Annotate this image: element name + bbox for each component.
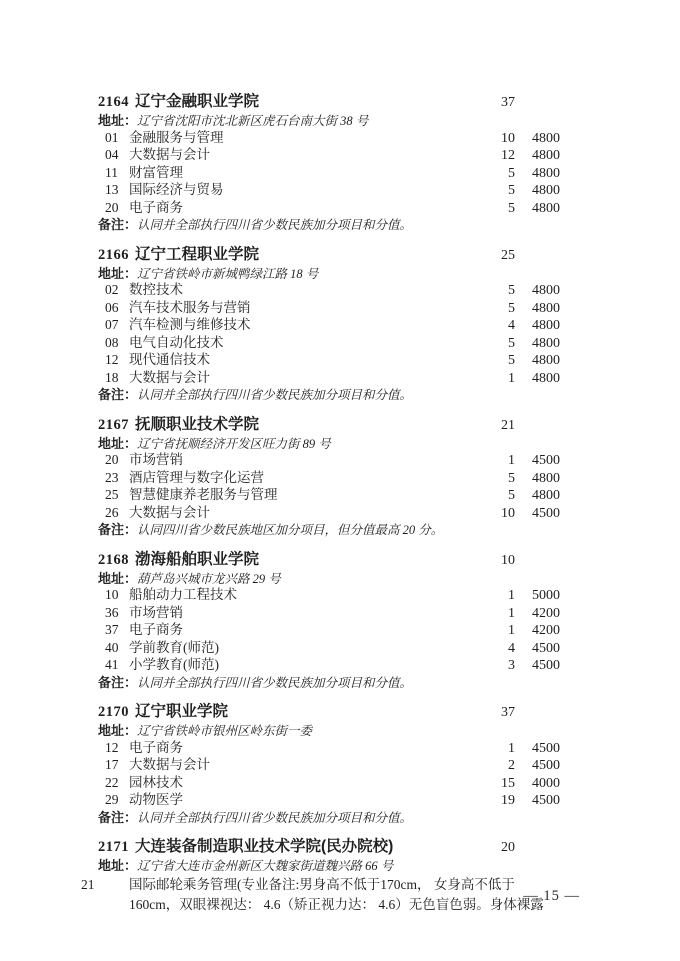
- major-code: 01: [105, 130, 129, 147]
- major-name: 现代通信技术: [129, 352, 210, 367]
- major-code: 29: [105, 792, 129, 809]
- major-tuition: 4200: [515, 623, 560, 640]
- note-line: 备注：认同并全部执行四川省少数民族加分项目和分值。: [98, 217, 560, 234]
- major-row: 25智慧健康养老服务与管理54800: [98, 487, 560, 505]
- college-name: 抚顺职业技术学院: [135, 416, 259, 433]
- note-label: 备注：: [98, 217, 137, 232]
- address-line: 地址：葫芦岛兴城市龙兴路 29 号: [98, 571, 560, 588]
- college-plan-total: 10: [479, 551, 515, 571]
- major-name: 学前教育(师范): [129, 640, 219, 655]
- college-header: 2168渤海船舶职业学院10: [98, 550, 560, 571]
- major-tuition: 4500: [515, 793, 560, 810]
- major-plan-count: 5: [479, 166, 515, 183]
- major-tuition: 4800: [515, 283, 560, 300]
- college-header: 2170辽宁职业学院37: [98, 702, 560, 723]
- college-block: 2164辽宁金融职业学院37地址：辽宁省沈阳市沈北新区虎石台南大街 38 号01…: [98, 92, 560, 234]
- major-code: 40: [105, 640, 129, 657]
- major-row: 26大数据与会计104500: [98, 505, 560, 523]
- college-name: 辽宁工程职业学院: [135, 246, 259, 263]
- college-block: 2166辽宁工程职业学院25地址：辽宁省铁岭市新城鸭绿江路 18 号02数控技术…: [98, 245, 560, 404]
- major-code: 10: [105, 587, 129, 604]
- major-name: 汽车技术服务与营销: [129, 300, 251, 315]
- major-tuition: 4800: [515, 353, 560, 370]
- major-plan-count: 5: [479, 471, 515, 488]
- major-name: 大数据与会计: [129, 757, 210, 772]
- address-text: 辽宁省大连市金州新区大魏家街道魏兴路 66 号: [137, 859, 393, 873]
- major-title: 12现代通信技术: [98, 352, 479, 369]
- note-label: 备注：: [98, 810, 137, 825]
- major-code: 21: [105, 875, 129, 895]
- major-code: 26: [105, 505, 129, 522]
- major-code: 04: [105, 147, 129, 164]
- major-title: 18大数据与会计: [98, 370, 479, 387]
- college-title: 2170辽宁职业学院: [98, 702, 479, 722]
- major-row: 07汽车检测与维修技术44800: [98, 317, 560, 335]
- note-label: 备注：: [98, 675, 137, 690]
- major-plan-count: 15: [479, 776, 515, 793]
- major-code: 36: [105, 605, 129, 622]
- major-name: 财富管理: [129, 165, 183, 180]
- major-code: 20: [105, 452, 129, 469]
- major-plan-count: 4: [479, 318, 515, 335]
- major-code: 23: [105, 470, 129, 487]
- major-row: 12现代通信技术54800: [98, 352, 560, 370]
- note-text: 认同并全部执行四川省少数民族加分项目和分值。: [137, 388, 412, 402]
- major-tuition: 4500: [515, 506, 560, 523]
- note-text: 认同并全部执行四川省少数民族加分项目和分值。: [137, 676, 412, 690]
- major-row: 20市场营销14500: [98, 452, 560, 470]
- major-plan-count: 10: [479, 506, 515, 523]
- major-code: 25: [105, 487, 129, 504]
- major-name: 船舶动力工程技术: [129, 587, 237, 602]
- major-row: 37电子商务14200: [98, 622, 560, 640]
- major-plan-count: 5: [479, 488, 515, 505]
- note-label: 备注：: [98, 387, 137, 402]
- major-name: 智慧健康养老服务与管理: [129, 487, 278, 502]
- college-header: 2166辽宁工程职业学院25: [98, 245, 560, 266]
- college-block: 2168渤海船舶职业学院10地址：葫芦岛兴城市龙兴路 29 号10船舶动力工程技…: [98, 550, 560, 692]
- note-line: 备注：认同并全部执行四川省少数民族加分项目和分值。: [98, 387, 560, 404]
- address-text: 辽宁省沈阳市沈北新区虎石台南大街 38 号: [137, 114, 368, 128]
- major-name: 小学教育(师范): [129, 657, 219, 672]
- major-row: 20电子商务54800: [98, 200, 560, 218]
- major-name: 大数据与会计: [129, 147, 210, 162]
- note-label: 备注：: [98, 522, 137, 537]
- major-row: 36市场营销14200: [98, 605, 560, 623]
- address-label: 地址：: [98, 436, 137, 451]
- major-title: 10船舶动力工程技术: [98, 587, 479, 604]
- major-row: 01金融服务与管理104800: [98, 130, 560, 148]
- document-page: 2164辽宁金融职业学院37地址：辽宁省沈阳市沈北新区虎石台南大街 38 号01…: [0, 0, 680, 961]
- major-title: 41小学教育(师范): [98, 657, 479, 674]
- major-title: 02数控技术: [98, 282, 479, 299]
- major-row-wrapped: 21国际邮轮乘务管理(专业备注:男身高不低于170cm， 女身高不低于: [98, 875, 560, 895]
- major-code: 13: [105, 182, 129, 199]
- major-plan-count: 1: [479, 588, 515, 605]
- major-title: 13国际经济与贸易: [98, 182, 479, 199]
- major-name: 数控技术: [129, 282, 183, 297]
- major-title: 04大数据与会计: [98, 147, 479, 164]
- major-row: 06汽车技术服务与营销54800: [98, 300, 560, 318]
- major-tuition: 4000: [515, 776, 560, 793]
- major-tuition: 4800: [515, 301, 560, 318]
- major-code: 37: [105, 622, 129, 639]
- major-plan-count: 10: [479, 131, 515, 148]
- note-line: 备注：认同四川省少数民族地区加分项目，但分值最高 20 分。: [98, 522, 560, 539]
- major-code: 22: [105, 775, 129, 792]
- major-row: 23酒店管理与数字化运营54800: [98, 470, 560, 488]
- major-tuition: 4500: [515, 641, 560, 658]
- college-name: 大连装备制造职业技术学院(民办院校): [135, 838, 393, 855]
- major-title: 17大数据与会计: [98, 757, 479, 774]
- major-name: 大数据与会计: [129, 370, 210, 385]
- major-plan-count: 1: [479, 606, 515, 623]
- major-title: 06汽车技术服务与营销: [98, 300, 479, 317]
- major-tuition: 4800: [515, 371, 560, 388]
- major-plan-count: 1: [479, 741, 515, 758]
- address-line: 地址：辽宁省铁岭市新城鸭绿江路 18 号: [98, 266, 560, 283]
- note-line: 备注：认同并全部执行四川省少数民族加分项目和分值。: [98, 675, 560, 692]
- college-plan-total: 25: [479, 246, 515, 266]
- major-title: 12电子商务: [98, 740, 479, 757]
- major-title: 37电子商务: [98, 622, 479, 639]
- address-line: 地址：辽宁省抚顺经济开发区旺力街 89 号: [98, 436, 560, 453]
- address-line: 地址：辽宁省铁岭市银州区岭东街一委: [98, 723, 560, 740]
- major-code: 12: [105, 740, 129, 757]
- college-plan-total: 20: [479, 838, 515, 858]
- major-title: 25智慧健康养老服务与管理: [98, 487, 479, 504]
- major-name: 电子商务: [129, 200, 183, 215]
- major-code: 06: [105, 300, 129, 317]
- note-text: 认同并全部执行四川省少数民族加分项目和分值。: [137, 811, 412, 825]
- major-name: 市场营销: [129, 452, 183, 467]
- major-code: 41: [105, 657, 129, 674]
- address-line: 地址：辽宁省大连市金州新区大魏家街道魏兴路 66 号: [98, 858, 560, 875]
- college-title: 2167抚顺职业技术学院: [98, 415, 479, 435]
- major-code: 02: [105, 282, 129, 299]
- major-title: 08电气自动化技术: [98, 335, 479, 352]
- major-row: 17大数据与会计24500: [98, 757, 560, 775]
- college-block: 2171大连装备制造职业技术学院(民办院校)20地址：辽宁省大连市金州新区大魏家…: [98, 837, 560, 915]
- major-title: 36市场营销: [98, 605, 479, 622]
- major-tuition: 4500: [515, 758, 560, 775]
- note-text: 认同并全部执行四川省少数民族加分项目和分值。: [137, 218, 412, 232]
- major-title: 29动物医学: [98, 792, 479, 809]
- major-row: 08电气自动化技术54800: [98, 335, 560, 353]
- college-code: 2168: [98, 552, 129, 568]
- college-block: 2167抚顺职业技术学院21地址：辽宁省抚顺经济开发区旺力街 89 号20市场营…: [98, 415, 560, 539]
- major-plan-count: 19: [479, 793, 515, 810]
- major-plan-count: 2: [479, 758, 515, 775]
- major-tuition: 4800: [515, 471, 560, 488]
- address-text: 辽宁省铁岭市银州区岭东街一委: [137, 724, 312, 738]
- college-code: 2164: [98, 94, 129, 110]
- college-title: 2166辽宁工程职业学院: [98, 245, 479, 265]
- address-line: 地址：辽宁省沈阳市沈北新区虎石台南大街 38 号: [98, 113, 560, 130]
- college-name: 辽宁金融职业学院: [135, 93, 259, 110]
- major-name: 市场营销: [129, 605, 183, 620]
- address-label: 地址：: [98, 113, 137, 128]
- address-label: 地址：: [98, 571, 137, 586]
- major-code: 20: [105, 200, 129, 217]
- major-tuition: 4800: [515, 166, 560, 183]
- note-text: 认同四川省少数民族地区加分项目，但分值最高 20 分。: [137, 523, 443, 537]
- major-plan-count: 5: [479, 283, 515, 300]
- major-code: 17: [105, 757, 129, 774]
- college-plan-total: 37: [479, 93, 515, 113]
- major-row: 41小学教育(师范)34500: [98, 657, 560, 675]
- major-name: 电子商务: [129, 740, 183, 755]
- major-row: 13国际经济与贸易54800: [98, 182, 560, 200]
- college-code: 2167: [98, 417, 129, 433]
- college-header: 2164辽宁金融职业学院37: [98, 92, 560, 113]
- major-row: 02数控技术54800: [98, 282, 560, 300]
- address-text: 辽宁省抚顺经济开发区旺力街 89 号: [137, 437, 331, 451]
- address-label: 地址：: [98, 723, 137, 738]
- major-name: 国际经济与贸易: [129, 182, 224, 197]
- major-title: 40学前教育(师范): [98, 640, 479, 657]
- major-plan-count: 3: [479, 658, 515, 675]
- major-code: 11: [105, 165, 129, 182]
- major-code: 18: [105, 370, 129, 387]
- major-name: 金融服务与管理: [129, 130, 224, 145]
- major-title: 11财富管理: [98, 165, 479, 182]
- major-code: 12: [105, 352, 129, 369]
- address-text: 葫芦岛兴城市龙兴路 29 号: [137, 572, 281, 586]
- major-row: 10船舶动力工程技术15000: [98, 587, 560, 605]
- major-plan-count: 5: [479, 353, 515, 370]
- college-code: 2166: [98, 247, 129, 263]
- college-code: 2170: [98, 704, 129, 720]
- major-name: 酒店管理与数字化运营: [129, 470, 264, 485]
- major-name: 动物医学: [129, 792, 183, 807]
- address-label: 地址：: [98, 266, 137, 281]
- major-tuition: 4800: [515, 148, 560, 165]
- major-tuition: 4800: [515, 336, 560, 353]
- major-title: 26大数据与会计: [98, 505, 479, 522]
- major-plan-count: 5: [479, 201, 515, 218]
- major-title: 20市场营销: [98, 452, 479, 469]
- major-tuition: 4500: [515, 658, 560, 675]
- major-row: 18大数据与会计14800: [98, 370, 560, 388]
- major-tuition: 4800: [515, 201, 560, 218]
- major-plan-count: 5: [479, 336, 515, 353]
- major-tuition: 4500: [515, 741, 560, 758]
- major-title: 07汽车检测与维修技术: [98, 317, 479, 334]
- college-header: 2167抚顺职业技术学院21: [98, 415, 560, 436]
- major-row: 04大数据与会计124800: [98, 147, 560, 165]
- major-row: 11财富管理54800: [98, 165, 560, 183]
- major-tuition: 4800: [515, 183, 560, 200]
- college-block: 2170辽宁职业学院37地址：辽宁省铁岭市银州区岭东街一委12电子商务14500…: [98, 702, 560, 826]
- major-tuition: 4800: [515, 318, 560, 335]
- major-plan-count: 1: [479, 623, 515, 640]
- page-number: — 15 —: [523, 888, 580, 905]
- major-name: 汽车检测与维修技术: [129, 317, 251, 332]
- major-tuition: 5000: [515, 588, 560, 605]
- major-name: 园林技术: [129, 775, 183, 790]
- major-row: 22园林技术154000: [98, 775, 560, 793]
- major-plan-count: 5: [479, 183, 515, 200]
- major-code: 08: [105, 335, 129, 352]
- college-list: 2164辽宁金融职业学院37地址：辽宁省沈阳市沈北新区虎石台南大街 38 号01…: [98, 92, 560, 926]
- college-name: 辽宁职业学院: [135, 703, 228, 720]
- major-code: 07: [105, 317, 129, 334]
- major-row: 12电子商务14500: [98, 740, 560, 758]
- college-plan-total: 37: [479, 703, 515, 723]
- major-tuition: 4800: [515, 488, 560, 505]
- college-title: 2164辽宁金融职业学院: [98, 92, 479, 112]
- major-tuition: 4200: [515, 606, 560, 623]
- college-title: 2168渤海船舶职业学院: [98, 550, 479, 570]
- college-plan-total: 21: [479, 416, 515, 436]
- major-title: 20电子商务: [98, 200, 479, 217]
- address-label: 地址：: [98, 858, 137, 873]
- address-text: 辽宁省铁岭市新城鸭绿江路 18 号: [137, 267, 318, 281]
- major-title: 23酒店管理与数字化运营: [98, 470, 479, 487]
- major-row-continuation: 160cm，双眼裸视达： 4.6（矫正视力达： 4.6）无色盲色弱。身体裸露: [98, 895, 560, 915]
- college-code: 2171: [98, 839, 129, 855]
- major-title: 01金融服务与管理: [98, 130, 479, 147]
- major-name: 电子商务: [129, 622, 183, 637]
- major-row: 40学前教育(师范)44500: [98, 640, 560, 658]
- college-title: 2171大连装备制造职业技术学院(民办院校): [98, 837, 479, 857]
- major-plan-count: 12: [479, 148, 515, 165]
- major-name: 大数据与会计: [129, 505, 210, 520]
- college-header: 2171大连装备制造职业技术学院(民办院校)20: [98, 837, 560, 858]
- major-plan-count: 4: [479, 641, 515, 658]
- major-row: 29动物医学194500: [98, 792, 560, 810]
- college-name: 渤海船舶职业学院: [135, 551, 259, 568]
- note-line: 备注：认同并全部执行四川省少数民族加分项目和分值。: [98, 810, 560, 827]
- major-tuition: 4500: [515, 453, 560, 470]
- major-plan-count: 1: [479, 371, 515, 388]
- major-plan-count: 5: [479, 301, 515, 318]
- major-tuition: 4800: [515, 131, 560, 148]
- major-name: 电气自动化技术: [129, 335, 224, 350]
- major-plan-count: 1: [479, 453, 515, 470]
- major-title: 22园林技术: [98, 775, 479, 792]
